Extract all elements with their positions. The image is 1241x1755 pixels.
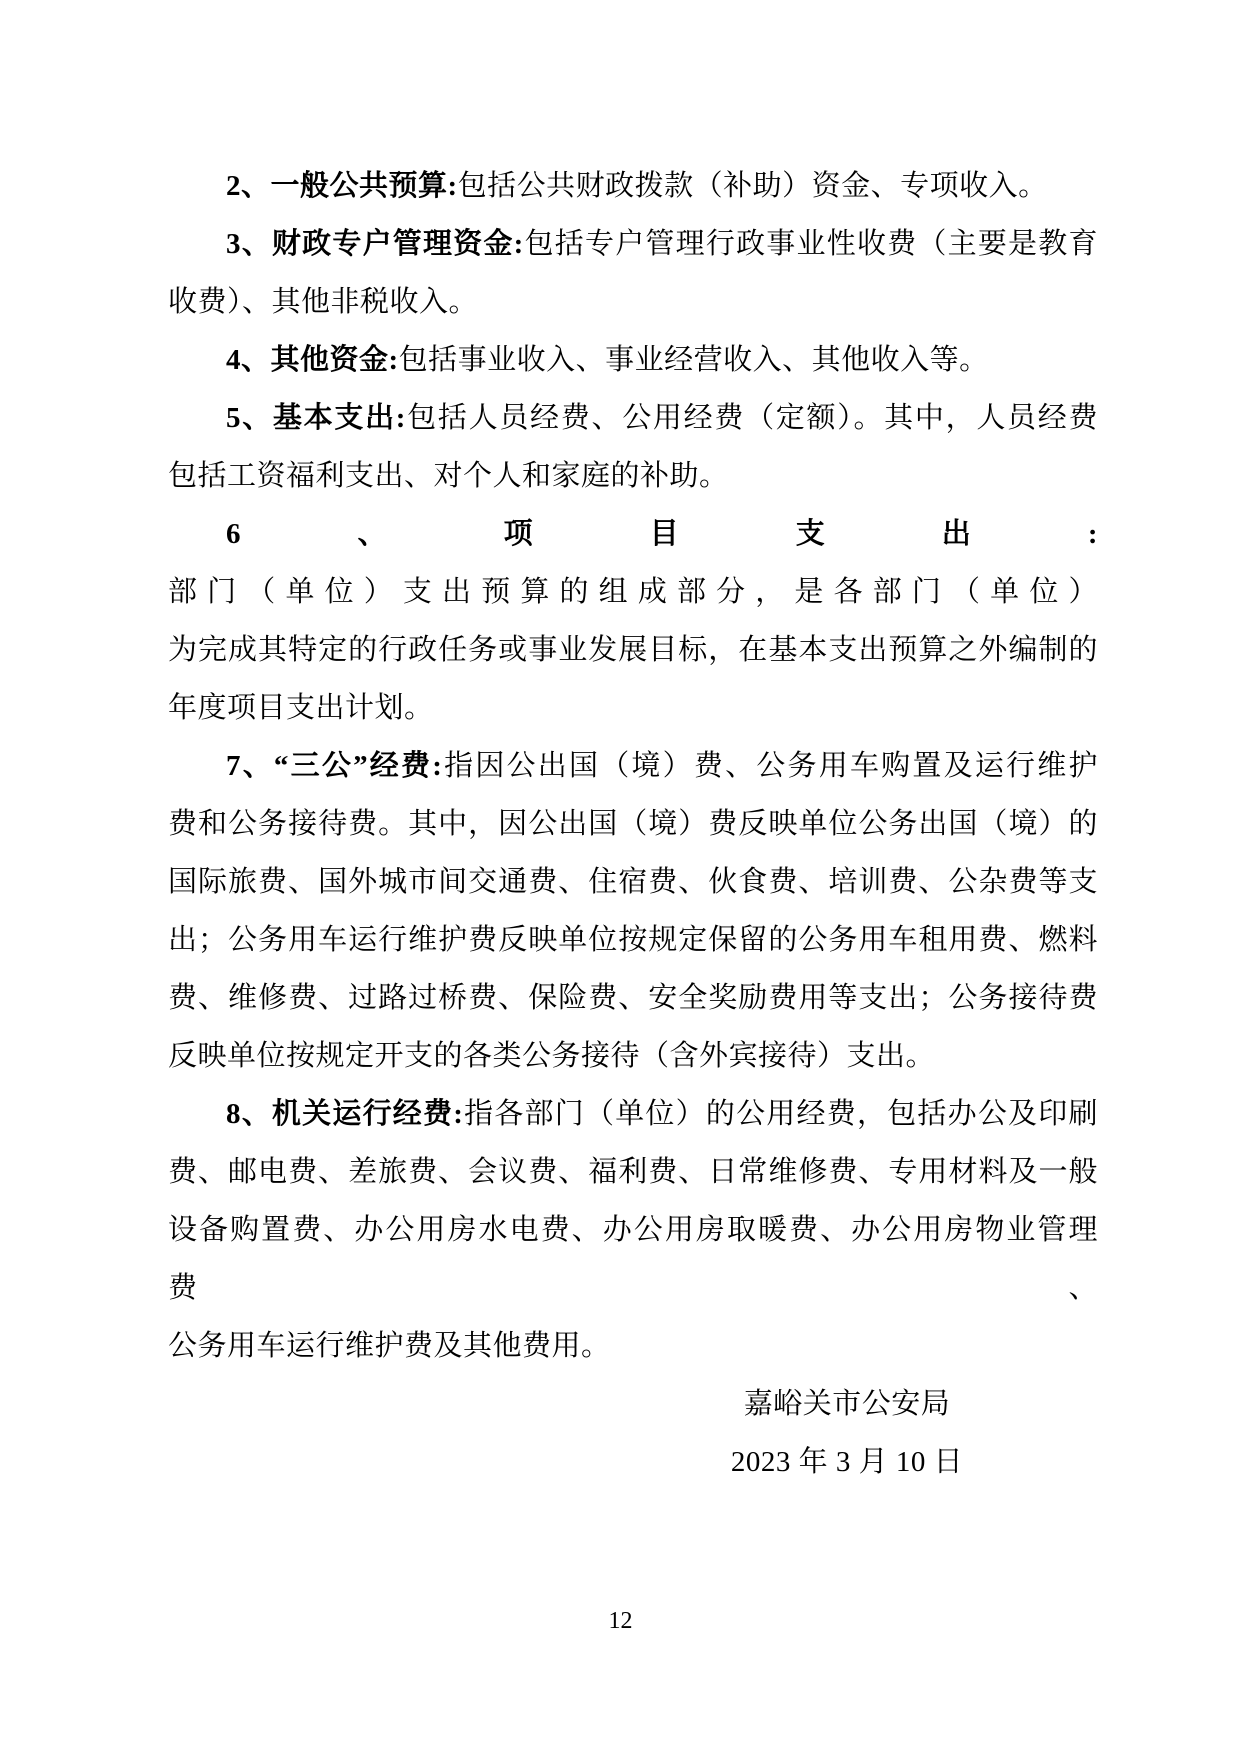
body-text: 费、邮电费、差旅费、会议费、福利费、日常维修费、专用材料及一般 [168, 1156, 1098, 1188]
body-text: 为完成其特定的行政任务或事业发展目标，在基本支出预算之外编制的 [168, 634, 1098, 666]
body-text: 指因公出国（境）费、公务用车购置及运行维护 [442, 750, 1098, 782]
term-label: 6、项目支出: [226, 518, 1098, 550]
text-line: 为完成其特定的行政任务或事业发展目标，在基本支出预算之外编制的 [168, 621, 1098, 679]
body-text: 设备购置费、办公用房水电费、办公用房取暖费、办公用房物业管理费、 [168, 1214, 1098, 1304]
text-line: 包括工资福利支出、对个人和家庭的补助。 [168, 447, 1098, 505]
text-line: 出；公务用车运行维护费反映单位按规定保留的公务用车租用费、燃料 [168, 911, 1098, 969]
text-line: 5、基本支出:包括人员经费、公用经费（定额）。其中，人员经费 [168, 389, 1098, 447]
document-body: 2、一般公共预算:包括公共财政拨款（补助）资金、专项收入。3、财政专户管理资金:… [168, 157, 1098, 1491]
term-label: 4、其他资金: [226, 344, 399, 376]
text-line: 8、机关运行经费:指各部门（单位）的公用经费，包括办公及印刷 [168, 1085, 1098, 1143]
body-text: 收费）、其他非税收入。 [168, 286, 478, 318]
term-label: 5、基本支出: [226, 402, 406, 434]
text-line: 费、维修费、过路过桥费、保险费、安全奖励费用等支出；公务接待费 [168, 969, 1098, 1027]
body-text: 反映单位按规定开支的各类公务接待（含外宾接待）支出。 [168, 1040, 935, 1072]
body-text: 包括事业收入、事业经营收入、其他收入等。 [399, 344, 989, 376]
page-number: 12 [0, 1606, 1241, 1636]
signature-org: 嘉峪关市公安局 [382, 1375, 1241, 1433]
body-text: 包括专户管理行政事业性收费（主要是教育 [524, 228, 1098, 260]
term-label: 7、“三公”经费: [226, 750, 442, 782]
text-line: 设备购置费、办公用房水电费、办公用房取暖费、办公用房物业管理费、 [168, 1201, 1098, 1317]
text-line: 反映单位按规定开支的各类公务接待（含外宾接待）支出。 [168, 1027, 1098, 1085]
body-text: 年度项目支出计划。 [168, 692, 434, 724]
text-line: 费、邮电费、差旅费、会议费、福利费、日常维修费、专用材料及一般 [168, 1143, 1098, 1201]
body-text: 公务用车运行维护费及其他费用。 [168, 1330, 611, 1362]
body-text: 费和公务接待费。其中，因公出国（境）费反映单位公务出国（境）的 [168, 808, 1098, 840]
signature-date: 2023 年 3 月 10 日 [382, 1433, 1241, 1491]
body-text: 包括公共财政拨款（补助）资金、专项收入。 [458, 170, 1048, 202]
text-line: 费和公务接待费。其中，因公出国（境）费反映单位公务出国（境）的 [168, 795, 1098, 853]
body-text: 包括工资福利支出、对个人和家庭的补助。 [168, 460, 729, 492]
text-line: 6、项目支出:部门（单位）支出预算的组成部分，是各部门（单位） [168, 505, 1098, 621]
document-page: 2、一般公共预算:包括公共财政拨款（补助）资金、专项收入。3、财政专户管理资金:… [0, 0, 1241, 1755]
text-line: 国际旅费、国外城市间交通费、住宿费、伙食费、培训费、公杂费等支 [168, 853, 1098, 911]
body-text: 出；公务用车运行维护费反映单位按规定保留的公务用车租用费、燃料 [168, 924, 1098, 956]
term-label: 2、一般公共预算: [226, 170, 458, 202]
text-line: 年度项目支出计划。 [168, 679, 1098, 737]
body-text: 指各部门（单位）的公用经费，包括办公及印刷 [463, 1098, 1098, 1130]
body-text: 国际旅费、国外城市间交通费、住宿费、伙食费、培训费、公杂费等支 [168, 866, 1098, 898]
body-text: 部门（单位）支出预算的组成部分，是各部门（单位） [168, 576, 1098, 608]
text-line: 收费）、其他非税收入。 [168, 273, 1098, 331]
body-text: 费、维修费、过路过桥费、保险费、安全奖励费用等支出；公务接待费 [168, 982, 1098, 1014]
body-text: 包括人员经费、公用经费（定额）。其中，人员经费 [406, 402, 1098, 434]
text-line: 公务用车运行维护费及其他费用。 [168, 1317, 1098, 1375]
text-line: 7、“三公”经费:指因公出国（境）费、公务用车购置及运行维护 [168, 737, 1098, 795]
term-label: 8、机关运行经费: [226, 1098, 463, 1130]
text-line: 3、财政专户管理资金:包括专户管理行政事业性收费（主要是教育 [168, 215, 1098, 273]
text-line: 4、其他资金:包括事业收入、事业经营收入、其他收入等。 [168, 331, 1098, 389]
text-line: 2、一般公共预算:包括公共财政拨款（补助）资金、专项收入。 [168, 157, 1098, 215]
term-label: 3、财政专户管理资金: [226, 228, 524, 260]
